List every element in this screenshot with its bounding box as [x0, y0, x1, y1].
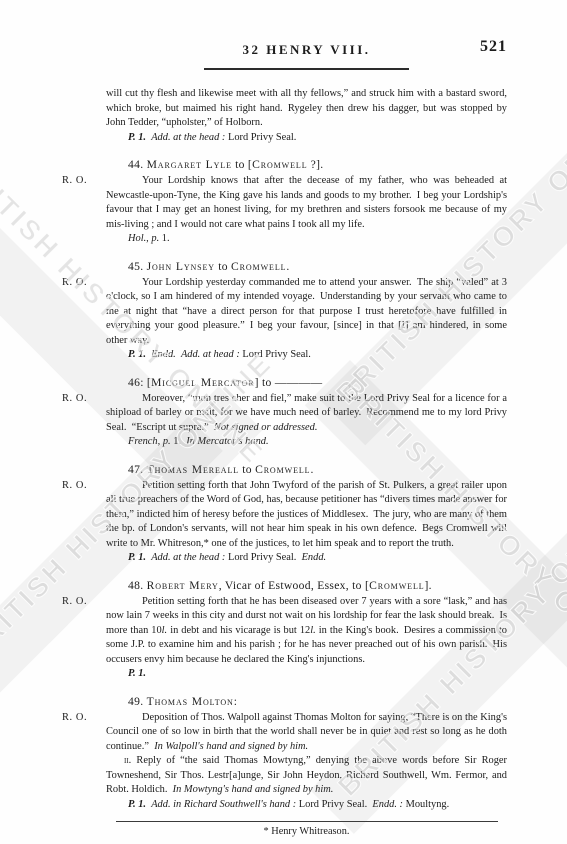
entry-heading: 48. Robert Mery, Vicar of Estwood, Essex… [106, 578, 507, 593]
entry-body: R. O.Petition setting forth that John Tw… [106, 479, 507, 566]
text-segment: . [286, 260, 289, 273]
entry-notation: P. 1. Add. at the head : Lord Privy Seal… [106, 551, 507, 566]
text-segment: P. 1. [128, 132, 146, 143]
text-segment: to [ [232, 158, 252, 171]
text-segment: : [234, 695, 238, 708]
text-segment: In Walpoll's hand and signed by him. [154, 741, 308, 752]
entry: 46: [Micguel Mercator] to ————R. O.Moreo… [106, 375, 507, 450]
text-segment: Lord Privy Seal. [225, 132, 296, 143]
text-segment: to [215, 260, 231, 273]
text-segment: will cut thy flesh and likewise meet wit… [106, 88, 507, 128]
page-content: 32 HENRY VIII. 521 will cut thy flesh an… [106, 42, 507, 837]
text-segment: P. 1. [128, 552, 146, 563]
entry-paragraph: Deposition of Thos. Walpoll against Thom… [106, 711, 507, 755]
marginal-note: R. O. [62, 596, 87, 607]
text-segment: to [239, 463, 255, 476]
text-segment: Petition setting forth that John Twyford… [106, 480, 507, 549]
entry-heading: 45. John Lynsey to Cromwell. [106, 259, 507, 274]
running-title: 32 HENRY VIII. [106, 42, 507, 58]
entry-notation: P. 1. Endd. Add. at head : Lord Privy Se… [106, 348, 507, 363]
entry-heading: 44. Margaret Lyle to [Cromwell ?]. [106, 157, 507, 172]
text-segment: French, p. [128, 436, 171, 447]
text-segment: Endd. [302, 552, 327, 563]
marginal-note: R. O. [62, 480, 87, 491]
text-segment: Add. at head : [181, 349, 240, 360]
entry-notation: French, p. 1. In Mercator's hand. [106, 435, 507, 450]
entry-paragraph: Your Lordship knows that after the decea… [106, 174, 507, 232]
text-segment: Hol., p. [128, 233, 159, 244]
marginal-note: R. O. [62, 393, 87, 404]
entry-body: R. O.Petition setting forth that he has … [106, 595, 507, 682]
header-rule [204, 68, 409, 70]
entry-heading: 49. Thomas Molton: [106, 694, 507, 709]
text-segment: Micguel Mercator [151, 376, 255, 389]
entry: 45. John Lynsey to Cromwell.R. O.Your Lo… [106, 259, 507, 363]
entry-notation: Hol., p. 1. [106, 232, 507, 247]
text-segment: 1. [159, 233, 169, 244]
text-segment: 45. [128, 260, 147, 273]
entry: 49. Thomas Molton:R. O.Deposition of Tho… [106, 694, 507, 813]
footnote: * Henry Whitreason. [106, 826, 507, 837]
page-number: 521 [480, 38, 507, 56]
entry-paragraph: Petition setting forth that John Twyford… [106, 479, 507, 552]
entry-paragraph: Moreover, “mon tres cher and fiel,” make… [106, 392, 507, 436]
text-segment: P. 1. [128, 349, 146, 360]
text-segment: In Mercator's hand. [186, 436, 268, 447]
entries: 44. Margaret Lyle to [Cromwell ?].R. O.Y… [106, 157, 507, 812]
entry-paragraph: Your Lordship yesterday commanded me to … [106, 276, 507, 349]
text-segment: Robert Mery [147, 579, 219, 592]
text-segment: , Vicar of Estwood, Essex, to [ [219, 579, 369, 592]
text-segment: Add. in Richard Southwell's hand : [151, 799, 296, 810]
text-segment: John Lynsey [147, 260, 215, 273]
text-segment: Thomas Mereall [147, 463, 239, 476]
text-segment: Lord Privy Seal. [240, 349, 311, 360]
text-segment: 49. [128, 695, 147, 708]
marginal-note: R. O. [62, 712, 87, 723]
text-segment: In Mowtyng's hand and signed by him. [173, 784, 334, 795]
text-segment: 1. [171, 436, 187, 447]
entry-notation: P. 1. Add. in Richard Southwell's hand :… [106, 798, 507, 813]
text-segment: P. 1. [128, 799, 146, 810]
text-segment: ?]. [307, 158, 323, 171]
marginal-note: R. O. [62, 175, 87, 186]
entry: 44. Margaret Lyle to [Cromwell ?].R. O.Y… [106, 157, 507, 247]
text-segment: P. 1. [128, 668, 146, 679]
entry-paragraph: Petition setting forth that he has been … [106, 595, 507, 668]
text-segment: Lord Privy Seal. [225, 552, 301, 563]
entry: 48. Robert Mery, Vicar of Estwood, Essex… [106, 578, 507, 682]
text-segment: 47. [128, 463, 147, 476]
scanned-book-page: BRITISH HISTORY ONLINE BRITISH HISTORY O… [0, 0, 567, 844]
text-segment: Cromwell [252, 158, 307, 171]
entry-notation: P. 1. [106, 667, 507, 682]
entry-heading: 46: [Micguel Mercator] to ———— [106, 375, 507, 390]
text-segment: Not signed or addressed. [214, 422, 318, 433]
text-segment: Cromwell [369, 579, 424, 592]
text-segment: Your Lordship yesterday commanded me to … [106, 277, 507, 346]
text-segment: Your Lordship knows that after the decea… [106, 175, 507, 230]
text-segment: Thomas Molton [147, 695, 234, 708]
text-segment: Cromwell [231, 260, 286, 273]
entry: 47. Thomas Mereall to Cromwell.R. O.Peti… [106, 462, 507, 566]
marginal-note: R. O. [62, 277, 87, 288]
entry-body: R. O.Your Lordship knows that after the … [106, 174, 507, 247]
entry-body: R. O.Moreover, “mon tres cher and fiel,”… [106, 392, 507, 450]
entry-paragraph: ii. Reply of “the said Thomas Mowtyng,” … [106, 754, 507, 798]
text-segment: . [310, 463, 313, 476]
text-segment: in debt and his vicarage is but 12 [167, 625, 310, 636]
entry-paragraph: will cut thy flesh and likewise meet wit… [106, 87, 507, 131]
text-segment: Endd. : [372, 799, 403, 810]
entry-heading: 47. Thomas Mereall to Cromwell. [106, 462, 507, 477]
continuation-block: will cut thy flesh and likewise meet wit… [106, 87, 507, 145]
text-segment: Moultyng. [403, 799, 449, 810]
text-segment: Add. at the head : [151, 132, 225, 143]
text-segment: Add. at the head : [151, 552, 225, 563]
text-segment: Cromwell [255, 463, 310, 476]
entry-notation: P. 1. Add. at the head : Lord Privy Seal… [106, 131, 507, 146]
text-segment: ]. [425, 579, 432, 592]
text-segment: ] to ———— [255, 376, 323, 389]
text-segment: Endd. [151, 349, 176, 360]
footnote-rule [116, 821, 498, 822]
text-segment: 48. [128, 579, 147, 592]
entry-body: R. O.Your Lordship yesterday commanded m… [106, 276, 507, 363]
page-header: 32 HENRY VIII. 521 [106, 42, 507, 60]
text-segment: 44. [128, 158, 147, 171]
entry-body: R. O.Deposition of Thos. Walpoll against… [106, 711, 507, 813]
text-segment: 46: [ [128, 376, 151, 389]
text-segment: Margaret Lyle [147, 158, 232, 171]
text-segment: Lord Privy Seal. [296, 799, 372, 810]
